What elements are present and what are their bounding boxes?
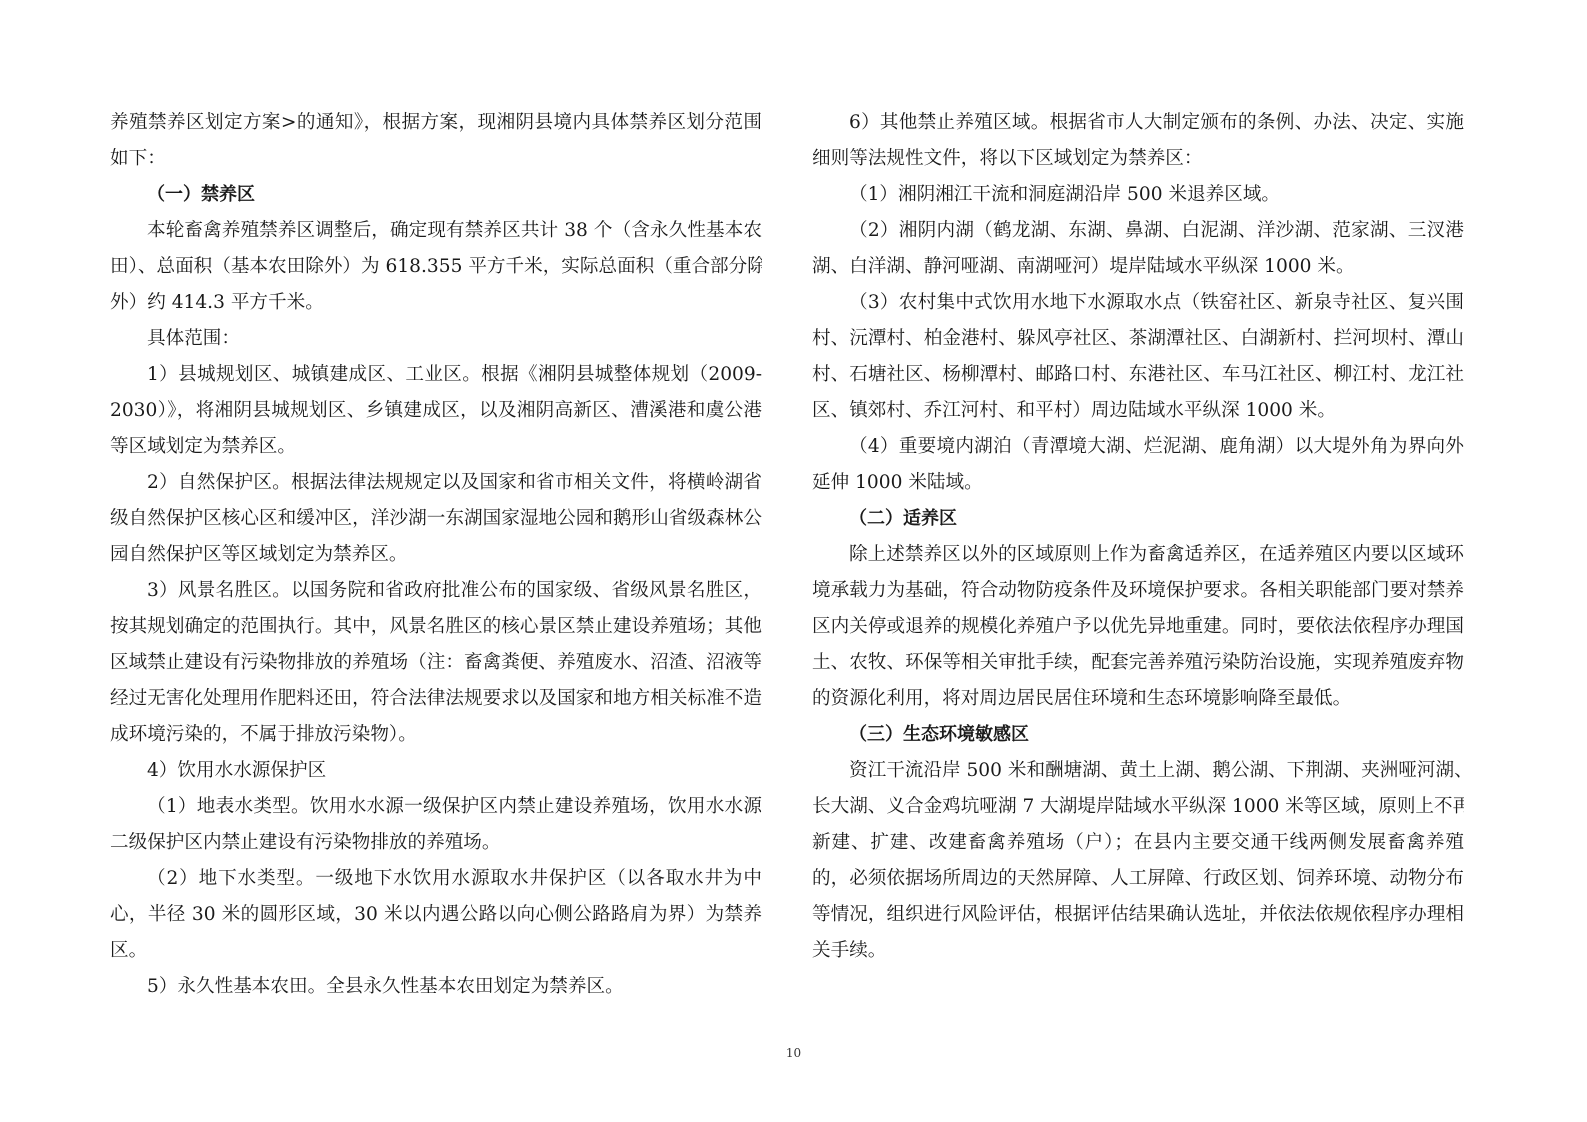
paragraph-line: 湖、白洋湖、静河哑湖、南湖哑河）堤岸陆域水平纵深 1000 米。 — [812, 249, 1464, 285]
paragraph-line: 级自然保护区核心区和缓冲区，洋沙湖一东湖国家湿地公园和鹅形山省级森林公 — [110, 501, 762, 537]
paragraph-line: 的资源化利用，将对周边居民居住环境和生态环境影响降至最低。 — [812, 681, 1464, 717]
paragraph-line: 关手续。 — [812, 933, 1464, 969]
paragraph-line: 按其规划确定的范围执行。其中，风景名胜区的核心景区禁止建设养殖场；其他 — [110, 609, 762, 645]
section-heading: （三）生态环境敏感区 — [812, 717, 1464, 753]
paragraph-line: 延伸 1000 米陆域。 — [812, 465, 1464, 501]
paragraph-line: 村、沅潭村、柏金港村、躲风亭社区、茶湖潭社区、白湖新村、拦河坝村、潭山 — [812, 321, 1464, 357]
page-number: 10 — [0, 1046, 1587, 1060]
paragraph-line: 村、石塘社区、杨柳潭村、邮路口村、东港社区、车马江社区、柳江村、龙江社 — [812, 357, 1464, 393]
paragraph-line: 1）县城规划区、城镇建成区、工业区。根据《湘阴县城整体规划（2009- — [110, 357, 762, 393]
paragraph-line: 区、镇郊村、乔江河村、和平村）周边陆域水平纵深 1000 米。 — [812, 393, 1464, 429]
paragraph-line: 如下： — [110, 141, 762, 177]
paragraph-line: 等情况，组织进行风险评估，根据评估结果确认选址，并依法依规依程序办理相 — [812, 897, 1464, 933]
paragraph-line: 细则等法规性文件，将以下区域划定为禁养区： — [812, 141, 1464, 177]
paragraph-line: 境承载力为基础，符合动物防疫条件及环境保护要求。各相关职能部门要对禁养 — [812, 573, 1464, 609]
paragraph-line: 养殖禁养区划定方案>的通知》，根据方案，现湘阴县境内具体禁养区划分范围 — [110, 105, 762, 141]
section-heading: （二）适养区 — [812, 501, 1464, 537]
paragraph-line: 长大湖、义合金鸡坑哑湖 7 大湖堤岸陆域水平纵深 1000 米等区域，原则上不再 — [812, 789, 1464, 825]
paragraph-line: 土、农牧、环保等相关审批手续，配套完善养殖污染防治设施，实现养殖废弃物 — [812, 645, 1464, 681]
paragraph-line: 2）自然保护区。根据法律法规规定以及国家和省市相关文件，将横岭湖省 — [110, 465, 762, 501]
paragraph-line: 经过无害化处理用作肥料还田，符合法律法规要求以及国家和地方相关标准不造 — [110, 681, 762, 717]
paragraph-line: 5）永久性基本农田。全县永久性基本农田划定为禁养区。 — [110, 969, 762, 1005]
paragraph-line: 4）饮用水水源保护区 — [110, 753, 762, 789]
paragraph-line: 田）、总面积（基本农田除外）为 618.355 平方千米，实际总面积（重合部分除 — [110, 249, 762, 285]
paragraph-line: （1）地表水类型。饮用水水源一级保护区内禁止建设养殖场，饮用水水源 — [110, 789, 762, 825]
paragraph-line: 外）约 414.3 平方千米。 — [110, 285, 762, 321]
paragraph-line: 本轮畜禽养殖禁养区调整后，确定现有禁养区共计 38 个（含永久性基本农 — [110, 213, 762, 249]
section-heading: （一）禁养区 — [110, 177, 762, 213]
paragraph-line: （3）农村集中式饮用水地下水源取水点（铁窑社区、新泉寺社区、复兴围 — [812, 285, 1464, 321]
paragraph-line: 具体范围： — [110, 321, 762, 357]
paragraph-line: 6）其他禁止养殖区域。根据省市人大制定颁布的条例、办法、决定、实施 — [812, 105, 1464, 141]
paragraph-line: （2）湘阴内湖（鹤龙湖、东湖、鼻湖、白泥湖、洋沙湖、范家湖、三汊港 — [812, 213, 1464, 249]
paragraph-line: （1）湘阴湘江干流和洞庭湖沿岸 500 米退养区域。 — [812, 177, 1464, 213]
paragraph-line: 园自然保护区等区域划定为禁养区。 — [110, 537, 762, 573]
left-column: 养殖禁养区划定方案>的通知》，根据方案，现湘阴县境内具体禁养区划分范围如下：（一… — [110, 105, 762, 1005]
paragraph-line: 区。 — [110, 933, 762, 969]
document-page: 养殖禁养区划定方案>的通知》，根据方案，现湘阴县境内具体禁养区划分范围如下：（一… — [0, 0, 1587, 1122]
paragraph-line: （4）重要境内湖泊（青潭境大湖、烂泥湖、鹿角湖）以大堤外角为界向外 — [812, 429, 1464, 465]
paragraph-line: 二级保护区内禁止建设有污染物排放的养殖场。 — [110, 825, 762, 861]
paragraph-line: 资江干流沿岸 500 米和酬塘湖、黄土上湖、鹅公湖、下荆湖、夹洲哑河湖、 — [812, 753, 1464, 789]
paragraph-line: 3）风景名胜区。以国务院和省政府批准公布的国家级、省级风景名胜区， — [110, 573, 762, 609]
paragraph-line: 等区域划定为禁养区。 — [110, 429, 762, 465]
paragraph-line: 成环境污染的，不属于排放污染物）。 — [110, 717, 762, 753]
right-column: 6）其他禁止养殖区域。根据省市人大制定颁布的条例、办法、决定、实施细则等法规性文… — [812, 105, 1464, 969]
paragraph-line: 心，半径 30 米的圆形区域，30 米以内遇公路以向心侧公路路肩为界）为禁养 — [110, 897, 762, 933]
paragraph-line: 的，必须依据场所周边的天然屏障、人工屏障、行政区划、饲养环境、动物分布 — [812, 861, 1464, 897]
paragraph-line: （2）地下水类型。一级地下水饮用水源取水井保护区（以各取水井为中 — [110, 861, 762, 897]
paragraph-line: 除上述禁养区以外的区域原则上作为畜禽适养区，在适养殖区内要以区域环 — [812, 537, 1464, 573]
paragraph-line: 2030）》，将湘阴县城规划区、乡镇建成区，以及湘阴高新区、漕溪港和虞公港 — [110, 393, 762, 429]
paragraph-line: 区内关停或退养的规模化养殖户予以优先异地重建。同时，要依法依程序办理国 — [812, 609, 1464, 645]
paragraph-line: 新建、扩建、改建畜禽养殖场（户）；在县内主要交通干线两侧发展畜禽养殖 — [812, 825, 1464, 861]
paragraph-line: 区域禁止建设有污染物排放的养殖场（注：畜禽粪便、养殖废水、沼渣、沼液等 — [110, 645, 762, 681]
